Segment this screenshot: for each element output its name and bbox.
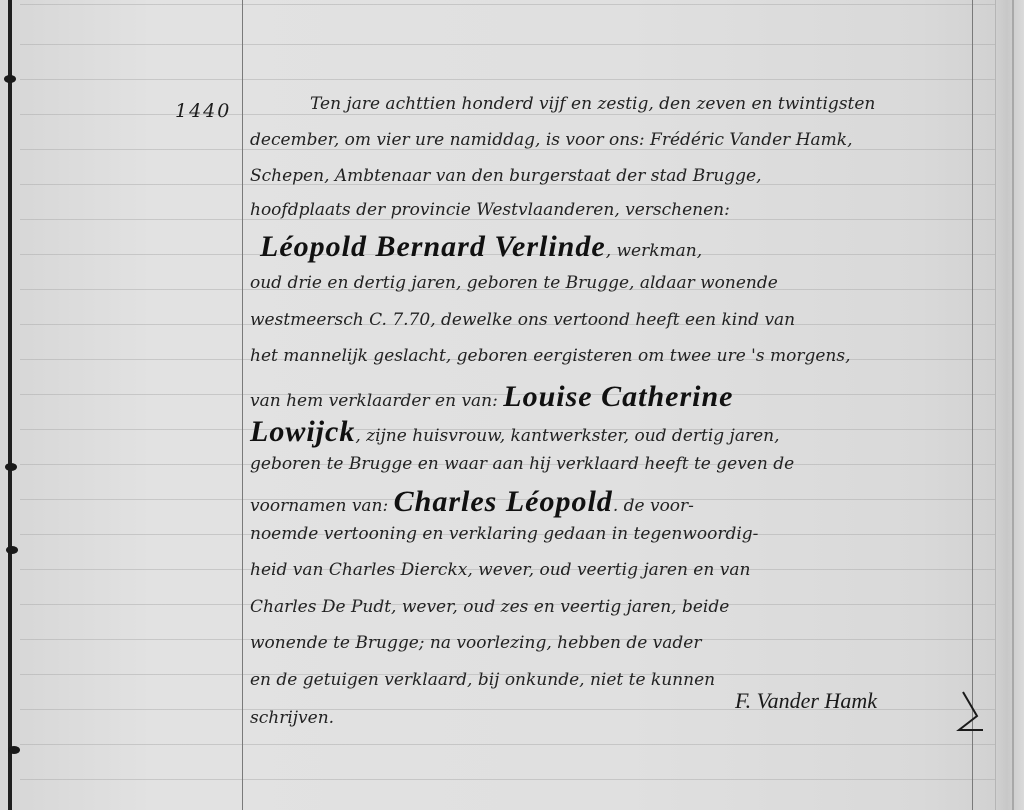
binding-knot xyxy=(8,746,20,754)
record-line: hoofdplaats der provincie Westvlaanderen… xyxy=(250,200,730,220)
page-edge xyxy=(995,0,1024,810)
line-text: , werkman, xyxy=(606,241,702,261)
person-name: Lowijck xyxy=(250,415,355,448)
official-signature: F. Vander Hamk xyxy=(735,688,877,714)
record-line: Schepen, Ambtenaar van den burgerstaat d… xyxy=(250,166,762,186)
binding-knot xyxy=(5,463,17,471)
record-line: voornamen van: Charles Léopold. de voor- xyxy=(250,485,694,519)
record-line: december, om vier ure namiddag, is voor … xyxy=(250,130,853,150)
record-line: Ten jare achttien honderd vijf en zestig… xyxy=(310,94,875,114)
record-line: het mannelijk geslacht, geboren eergiste… xyxy=(250,346,851,366)
entry-number: 1440 xyxy=(175,100,231,122)
person-name: Charles Léopold xyxy=(394,485,613,518)
binding-knot xyxy=(6,546,18,554)
person-name: Louise Catherine xyxy=(503,380,733,413)
record-line: oud drie en dertig jaren, geboren te Bru… xyxy=(250,273,778,293)
line-text: , zijne huisvrouw, kantwerkster, oud der… xyxy=(355,426,779,446)
right-margin-line xyxy=(972,0,973,810)
binding-spine xyxy=(8,0,12,810)
binding-knot xyxy=(4,75,16,83)
record-line: van hem verklaarder en van: Louise Cathe… xyxy=(250,380,733,414)
record-line: schrijven. xyxy=(250,708,334,728)
record-line: geboren te Brugge en waar aan hij verkla… xyxy=(250,454,794,474)
record-line: noemde vertooning en verklaring gedaan i… xyxy=(250,524,758,544)
register-page: 1440 Ten jare achttien honderd vijf en z… xyxy=(0,0,1024,810)
line-text: . de voor- xyxy=(613,496,694,516)
line-text: voornamen van: xyxy=(250,496,394,516)
page-edge-line xyxy=(1012,0,1014,810)
person-name: Léopold Bernard Verlinde xyxy=(260,230,606,263)
record-line: heid van Charles Dierckx, wever, oud vee… xyxy=(250,560,750,580)
record-line: wonende te Brugge; na voorlezing, hebben… xyxy=(250,633,701,653)
left-margin-line xyxy=(242,0,243,810)
signature-flourish-icon xyxy=(955,690,985,735)
record-line: Lowijck, zijne huisvrouw, kantwerkster, … xyxy=(250,415,780,449)
record-line: Léopold Bernard Verlinde, werkman, xyxy=(260,230,702,264)
line-text: van hem verklaarder en van: xyxy=(250,391,503,411)
record-line: westmeersch C. 7.70, dewelke ons vertoon… xyxy=(250,310,795,330)
record-line: en de getuigen verklaard, bij onkunde, n… xyxy=(250,670,715,690)
record-line: Charles De Pudt, wever, oud zes en veert… xyxy=(250,597,729,617)
